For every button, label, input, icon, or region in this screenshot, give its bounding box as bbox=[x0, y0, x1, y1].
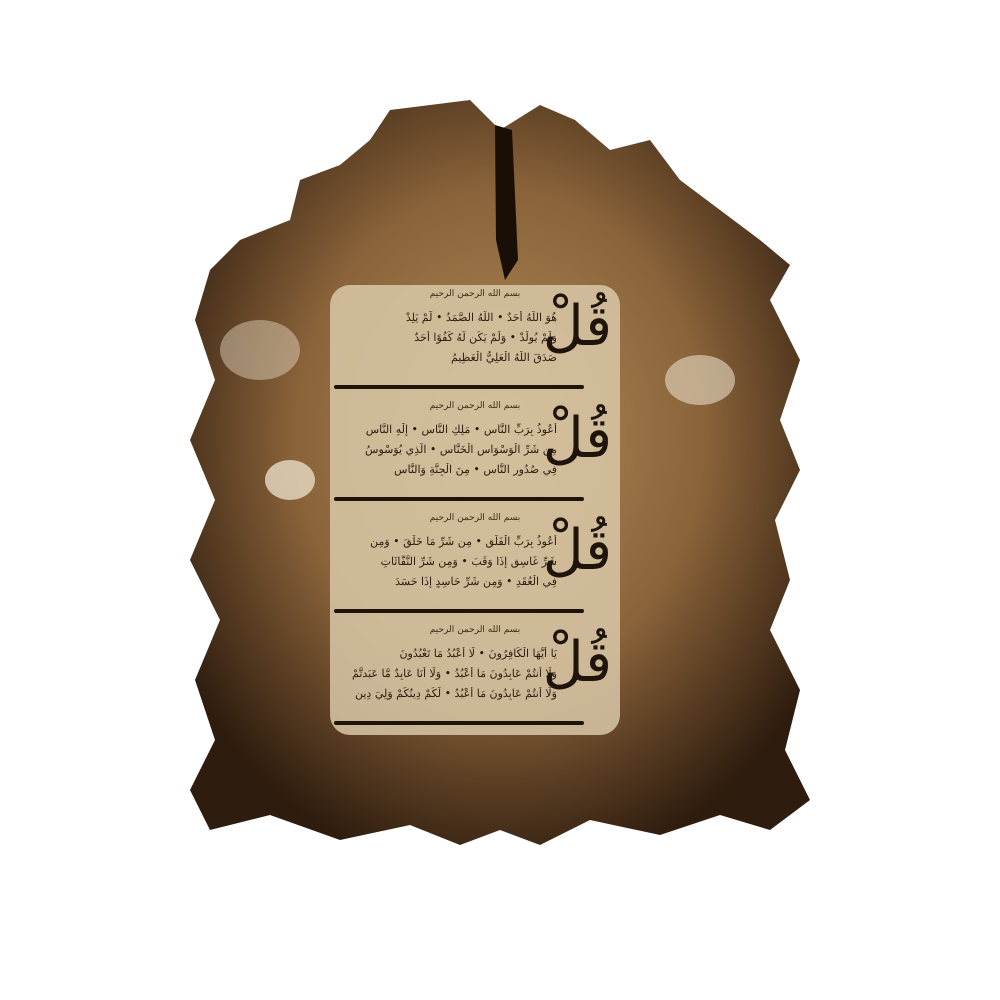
verse-line: وَلَا أَنتُمْ عَابِدُونَ مَا أَعْبُدُ • … bbox=[342, 667, 557, 680]
basmala: بسم الله الرحمن الرحيم bbox=[400, 513, 550, 523]
verse-line: أَعُوذُ بِرَبِّ النَّاسِ • مَلِكِ النَّا… bbox=[342, 423, 557, 436]
verse-line: هُوَ اللَّهُ أَحَدٌ • اللَّهُ الصَّمَدُ … bbox=[342, 311, 557, 324]
surah-nas: بسم الله الرحمن الرحيم أَعُوذُ بِرَبِّ ا… bbox=[330, 397, 620, 507]
surah-kafirun: بسم الله الرحمن الرحيم يَا أَيُّهَا الْك… bbox=[330, 621, 620, 731]
qul-word: قُلْ bbox=[543, 523, 612, 579]
qul-word: قُلْ bbox=[543, 635, 612, 691]
calligraphy-stroke bbox=[334, 385, 584, 389]
basmala: بسم الله الرحمن الرحيم bbox=[400, 625, 550, 635]
verse-line: فِي صُدُورِ النَّاسِ • مِنَ الْجِنَّةِ و… bbox=[342, 463, 557, 476]
verse-line: أَعُوذُ بِرَبِّ الْفَلَقِ • مِن شَرِّ مَ… bbox=[342, 535, 557, 548]
qul-word: قُلْ bbox=[543, 411, 612, 467]
surah-falaq: بسم الله الرحمن الرحيم أَعُوذُ بِرَبِّ ا… bbox=[330, 509, 620, 619]
verse-line: شَرِّ غَاسِقٍ إِذَا وَقَبَ • وَمِن شَرِّ… bbox=[342, 555, 557, 568]
verse-line: صَدَقَ اللَّهُ الْعَلِيُّ الْعَظِيمُ bbox=[342, 351, 557, 364]
verse-line: مِن شَرِّ الْوَسْوَاسِ الْخَنَّاسِ • الَ… bbox=[342, 443, 557, 456]
calligraphy-stroke bbox=[334, 721, 584, 725]
calligraphy-stroke bbox=[334, 497, 584, 501]
verse-line: وَلَا أَنتُمْ عَابِدُونَ مَا أَعْبُدُ • … bbox=[342, 687, 557, 700]
basmala: بسم الله الرحمن الرحيم bbox=[400, 401, 550, 411]
calligraphy-panel: بسم الله الرحمن الرحيم هُوَ اللَّهُ أَحَ… bbox=[330, 285, 620, 735]
verse-line: وَلَمْ يُولَدْ • وَلَمْ يَكُن لَّهُ كُفُ… bbox=[342, 331, 557, 344]
calligraphy-stroke bbox=[334, 609, 584, 613]
qul-word: قُلْ bbox=[543, 299, 612, 355]
surah-ikhlas: بسم الله الرحمن الرحيم هُوَ اللَّهُ أَحَ… bbox=[330, 285, 620, 395]
verse-line: فِي الْعُقَدِ • وَمِن شَرِّ حَاسِدٍ إِذَ… bbox=[342, 575, 557, 588]
verse-line: يَا أَيُّهَا الْكَافِرُونَ • لَا أَعْبُد… bbox=[342, 647, 557, 660]
basmala: بسم الله الرحمن الرحيم bbox=[400, 289, 550, 299]
